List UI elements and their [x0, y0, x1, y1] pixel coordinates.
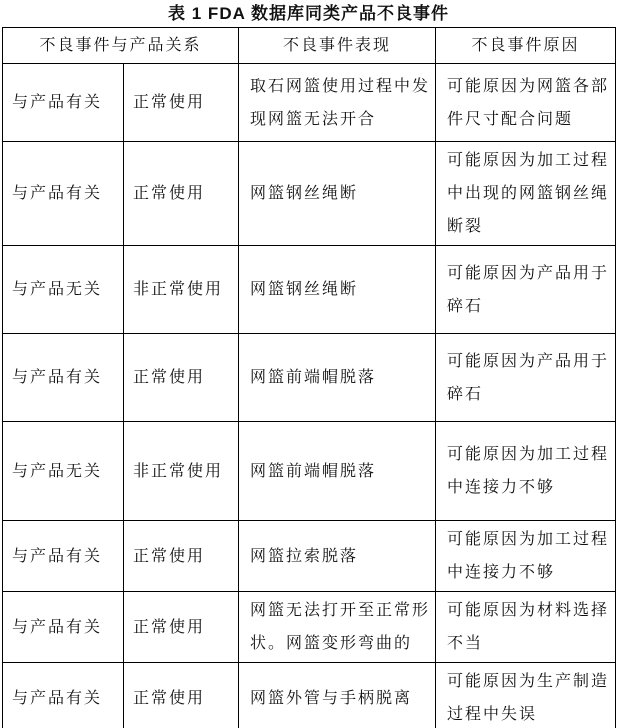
cell-usage: 非正常使用: [124, 246, 239, 334]
table-row: 与产品无关 非正常使用 网篮钢丝绳断 可能原因为产品用于碎石: [3, 246, 616, 334]
cell-usage: 正常使用: [124, 142, 239, 246]
cell-relation: 与产品无关: [3, 246, 124, 334]
table-row: 与产品有关 正常使用 网篮拉索脱落 可能原因为加工过程中连接力不够: [3, 521, 616, 592]
cell-usage: 正常使用: [124, 521, 239, 592]
cell-cause: 可能原因为生产制造过程中失误: [436, 663, 616, 728]
cell-manifestation: 网篮无法打开至正常形状。网篮变形弯曲的: [239, 592, 436, 663]
cell-relation: 与产品有关: [3, 142, 124, 246]
cell-manifestation: 网篮拉索脱落: [239, 521, 436, 592]
cell-relation: 与产品有关: [3, 663, 124, 728]
cell-cause: 可能原因为材料选择不当: [436, 592, 616, 663]
cell-manifestation: 网篮钢丝绳断: [239, 246, 436, 334]
table-row: 与产品有关 正常使用 网篮外管与手柄脱离 可能原因为生产制造过程中失误: [3, 663, 616, 728]
cell-manifestation: 取石网篮使用过程中发现网篮无法开合: [239, 64, 436, 142]
adverse-events-table: 不良事件与产品关系 不良事件表现 不良事件原因 与产品有关 正常使用 取石网篮使…: [2, 27, 616, 728]
cell-relation: 与产品有关: [3, 521, 124, 592]
header-cause: 不良事件原因: [436, 28, 616, 64]
header-row: 不良事件与产品关系 不良事件表现 不良事件原因: [3, 28, 616, 64]
cell-relation: 与产品有关: [3, 64, 124, 142]
cell-manifestation: 网篮外管与手柄脱离: [239, 663, 436, 728]
cell-usage: 正常使用: [124, 334, 239, 422]
header-manifestation: 不良事件表现: [239, 28, 436, 64]
table-row: 与产品无关 非正常使用 网篮前端帽脱落 可能原因为加工过程中连接力不够: [3, 422, 616, 521]
cell-usage: 正常使用: [124, 592, 239, 663]
cell-relation: 与产品有关: [3, 592, 124, 663]
cell-cause: 可能原因为加工过程中连接力不够: [436, 521, 616, 592]
cell-manifestation: 网篮前端帽脱落: [239, 422, 436, 521]
cell-cause: 可能原因为加工过程中出现的网篮钢丝绳断裂: [436, 142, 616, 246]
cell-cause: 可能原因为加工过程中连接力不够: [436, 422, 616, 521]
cell-manifestation: 网篮钢丝绳断: [239, 142, 436, 246]
cell-relation: 与产品无关: [3, 422, 124, 521]
cell-usage: 非正常使用: [124, 422, 239, 521]
cell-usage: 正常使用: [124, 663, 239, 728]
table-row: 与产品有关 正常使用 网篮前端帽脱落 可能原因为产品用于碎石: [3, 334, 616, 422]
table-title: 表 1 FDA 数据库同类产品不良事件: [2, 4, 615, 24]
table-row: 与产品有关 正常使用 取石网篮使用过程中发现网篮无法开合 可能原因为网篮各部件尺…: [3, 64, 616, 142]
cell-manifestation: 网篮前端帽脱落: [239, 334, 436, 422]
header-relation-group: 不良事件与产品关系: [3, 28, 239, 64]
table-row: 与产品有关 正常使用 网篮钢丝绳断 可能原因为加工过程中出现的网篮钢丝绳断裂: [3, 142, 616, 246]
cell-cause: 可能原因为产品用于碎石: [436, 246, 616, 334]
document-page: 表 1 FDA 数据库同类产品不良事件 不良事件与产品关系 不良事件表现 不良事…: [0, 0, 617, 728]
cell-cause: 可能原因为产品用于碎石: [436, 334, 616, 422]
cell-relation: 与产品有关: [3, 334, 124, 422]
cell-cause: 可能原因为网篮各部件尺寸配合问题: [436, 64, 616, 142]
cell-usage: 正常使用: [124, 64, 239, 142]
table-row: 与产品有关 正常使用 网篮无法打开至正常形状。网篮变形弯曲的 可能原因为材料选择…: [3, 592, 616, 663]
